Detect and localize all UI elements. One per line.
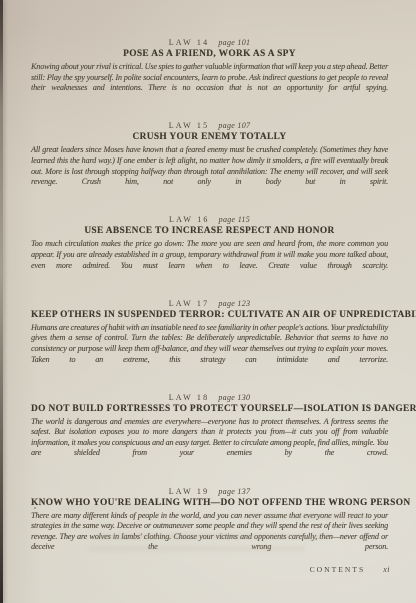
law-entry: LAW 19 page 137 KNOW WHO YOU'RE DEALING … [31,487,388,564]
law-title: USE ABSENCE TO INCREASE RESPECT AND HONO… [31,226,388,237]
law-header: LAW 16 page 115 [31,215,388,225]
page-edge-shadow [0,0,3,603]
law-title: POSE AS A FRIEND, WORK AS A SPY [31,49,388,60]
law-header: LAW 17 page 123 [31,299,388,309]
page-footer: CONTENTS xi [310,563,390,573]
law-title: DO NOT BUILD FORTRESSES TO PROTECT YOURS… [31,404,388,415]
laws-summary-block: LAW 14 page 101 POSE AS A FRIEND, WORK A… [31,38,388,581]
law-page-reference: page 107 [218,121,250,130]
law-page-reference: page 115 [219,215,250,224]
law-header: LAW 15 page 107 [31,121,388,131]
law-page-reference: page 123 [218,299,250,308]
law-entry: LAW 15 page 107 CRUSH YOUR ENEMY TOTALLY… [31,121,388,198]
law-number-label: LAW 14 [169,38,210,47]
law-number-label: LAW 17 [169,299,210,308]
law-number-label: LAW 15 [169,121,210,130]
law-entry: LAW 14 page 101 POSE AS A FRIEND, WORK A… [31,38,388,104]
law-entry: LAW 16 page 115 USE ABSENCE TO INCREASE … [31,215,388,281]
law-title: KEEP OTHERS IN SUSPENDED TERROR: CULTIVA… [31,310,388,321]
law-title: CRUSH YOUR ENEMY TOTALLY [31,132,388,143]
law-header: LAW 14 page 101 [31,38,388,48]
law-number-label: LAW 19 [169,487,210,496]
law-number-label: LAW 16 [169,215,210,224]
law-summary-text: All great leaders since Moses have known… [31,145,388,198]
law-title: KNOW WHO YOU'RE DEALING WITH—DO NOT OFFE… [31,498,388,509]
law-summary-text: The world is dangerous and enemies are e… [31,417,388,470]
paper-speck [34,507,36,509]
book-page: LAW 14 page 101 POSE AS A FRIEND, WORK A… [0,0,416,603]
law-header: LAW 18 page 130 [31,393,388,403]
law-page-reference: page 130 [218,393,250,402]
law-page-reference: page 101 [218,38,250,47]
running-head: CONTENTS [310,565,366,574]
law-header: LAW 19 page 137 [31,487,388,497]
law-summary-text: Too much circulation makes the price go … [31,239,388,281]
law-entry: LAW 17 page 123 KEEP OTHERS IN SUSPENDED… [31,299,388,376]
law-summary-text: Knowing about your rival is critical. Us… [31,62,388,104]
law-summary-text: There are many different kinds of people… [31,511,388,564]
page-number: xi [383,565,390,574]
law-summary-text: Humans are creatures of habit with an in… [31,323,388,376]
law-number-label: LAW 18 [169,393,210,402]
law-page-reference: page 137 [218,487,250,496]
law-entry: LAW 18 page 130 DO NOT BUILD FORTRESSES … [31,393,388,470]
